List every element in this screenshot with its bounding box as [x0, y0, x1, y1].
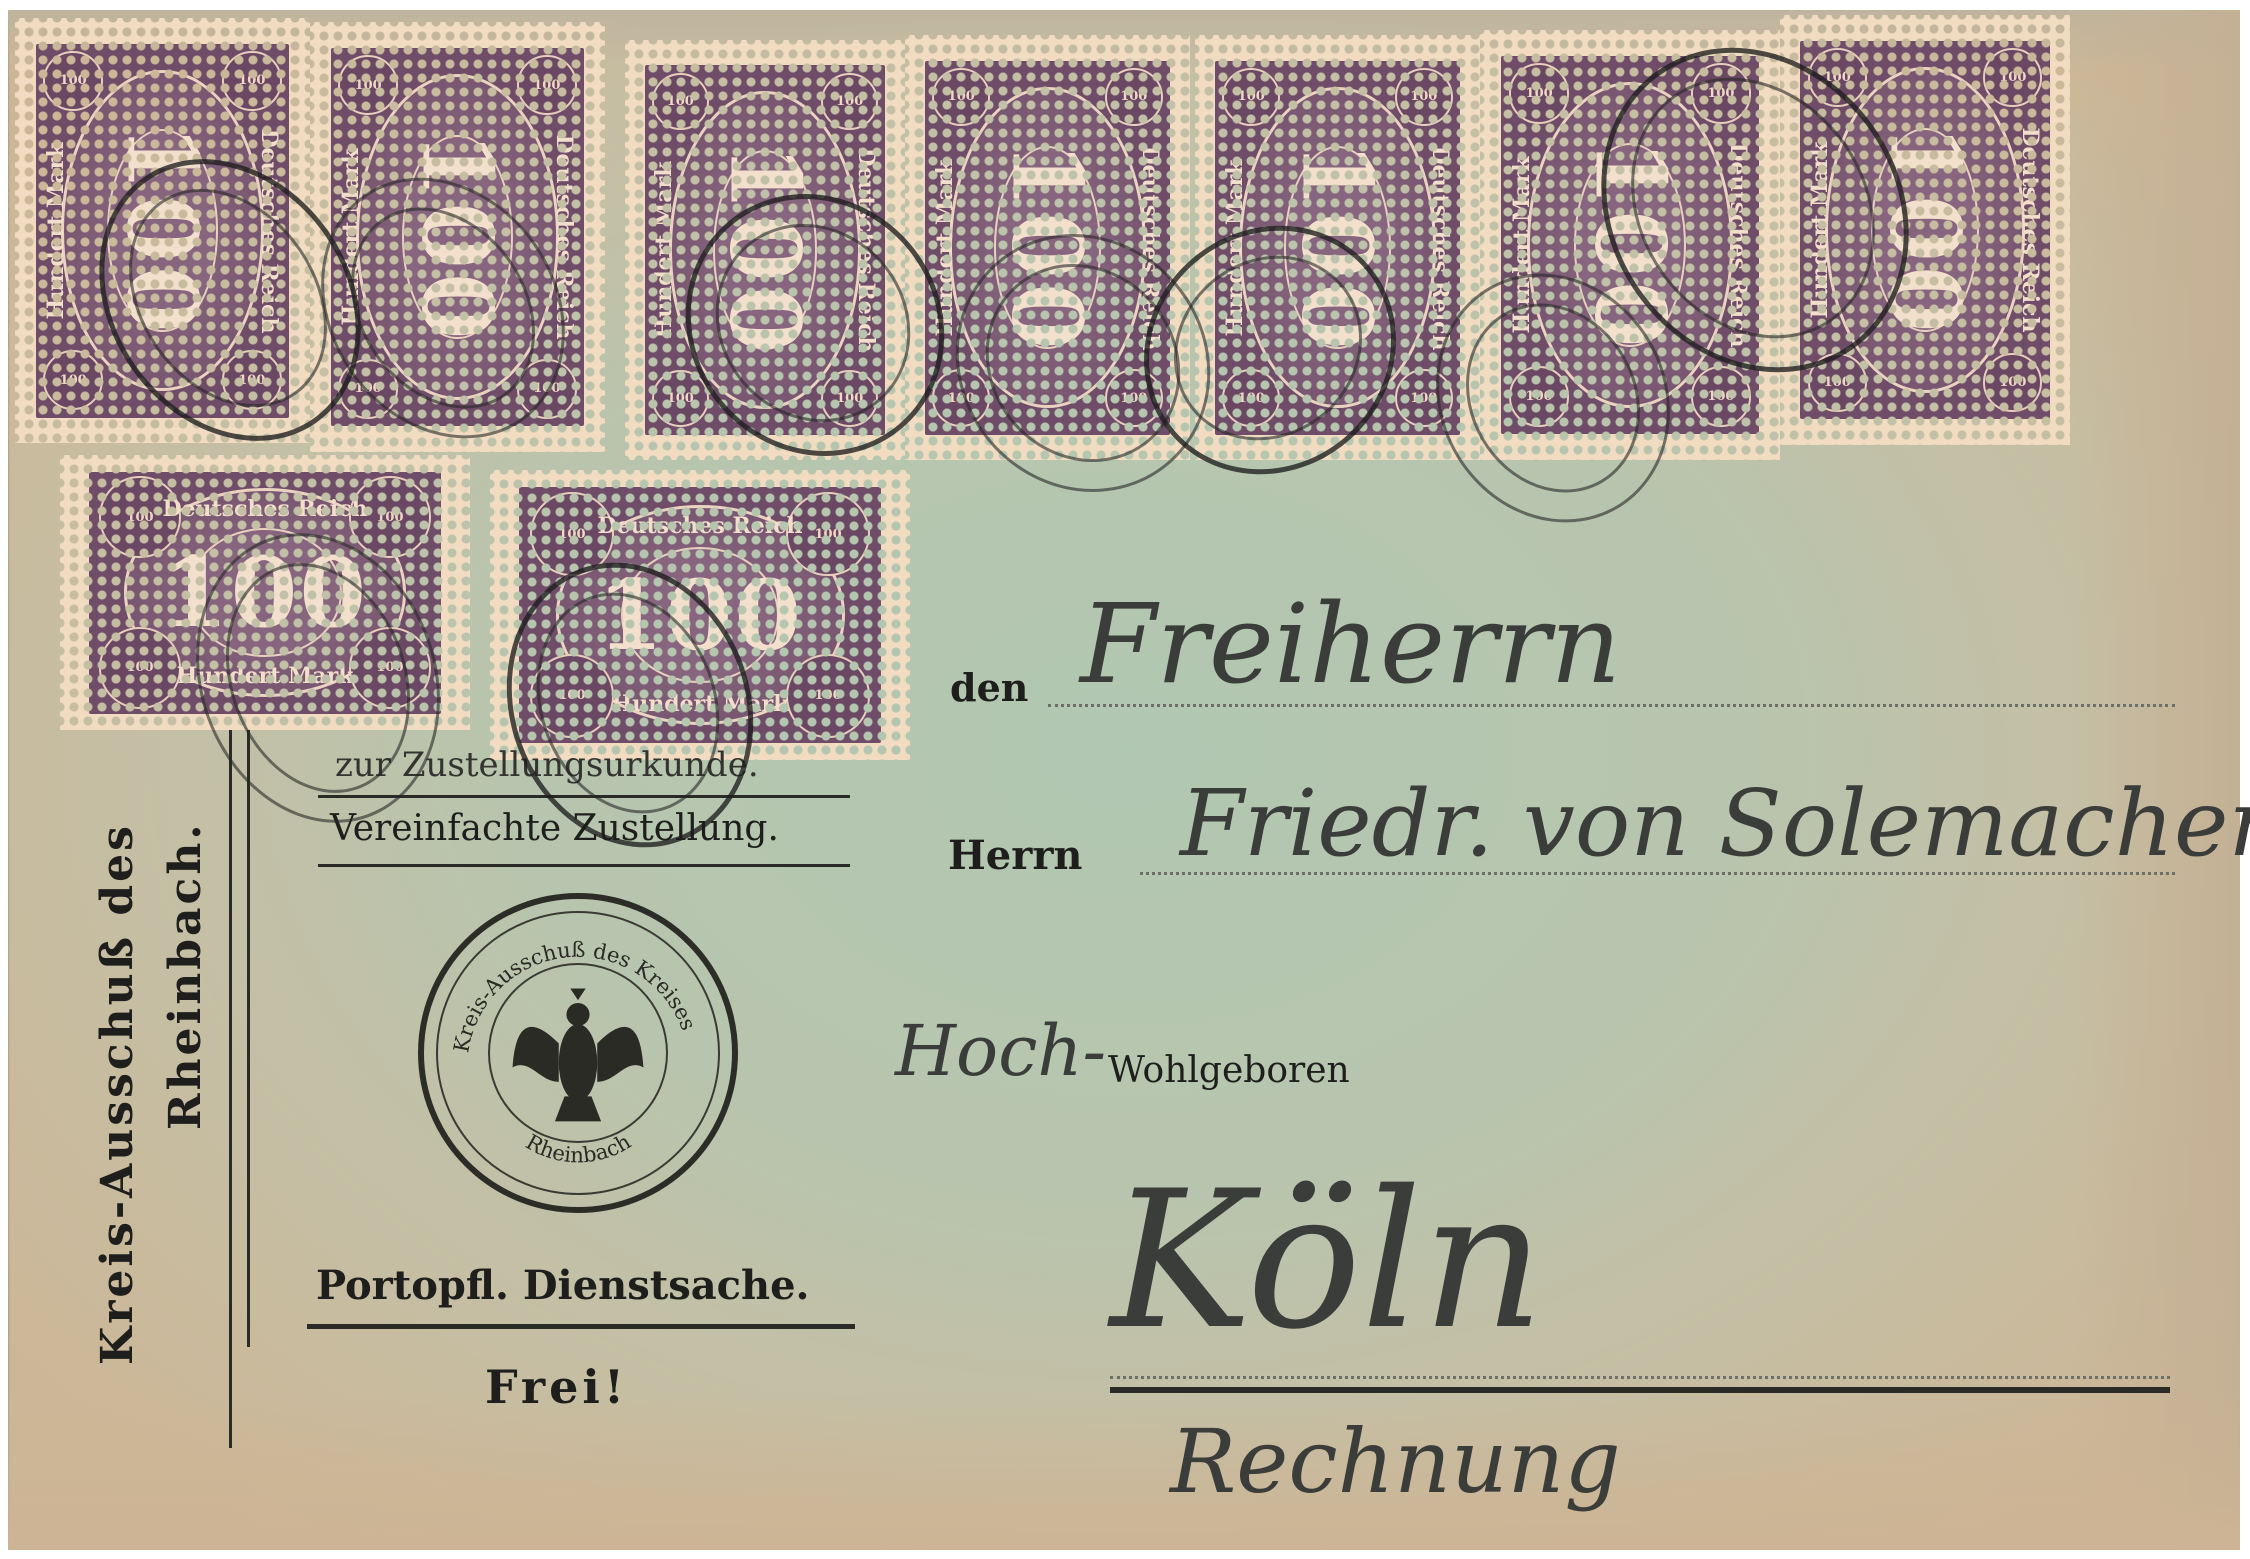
address-label-herrn: Herrn [948, 832, 1082, 879]
stamp-legend-country: Deutsches Reich [1427, 145, 1453, 350]
address-line-city [1110, 1376, 2170, 1379]
eagle-icon [513, 989, 644, 1122]
franking-rule [307, 1324, 855, 1329]
service-note-rule-2 [318, 864, 850, 867]
handwritten-recipient-name: Friedr. von Solemacher [1180, 770, 2250, 877]
stamp-legend-value: Hundert Mark [43, 142, 69, 319]
handwritten-title: Freiherrn [1080, 580, 1621, 708]
seal-text-ring: Kreis-Ausschuß des Kreises Rheinbach [424, 899, 732, 1207]
stamp-legend-country: Deutsches Reich [2017, 127, 2043, 332]
svg-text:Rheinbach: Rheinbach [522, 1128, 635, 1167]
sender-line-1: Kreis-Ausschuß des [92, 823, 143, 1365]
address-label-wohlgeboren: Wohlgeboren [1108, 1050, 1350, 1091]
address-label-den: den [950, 665, 1028, 710]
stamp-legend-value: Hundert Mark [651, 161, 677, 338]
address-city-rule [1110, 1387, 2170, 1393]
stamp-legend-country: Deutsches Reich [162, 496, 367, 522]
envelope-bottom-edge [8, 1390, 2240, 1550]
franking-official-matter: Portopfl. Dienstsache. [316, 1262, 809, 1309]
handwritten-city: Köln [1110, 1150, 1544, 1371]
handwritten-honorific-prefix: Hoch- [895, 1010, 1106, 1092]
vertical-rule-inner [247, 730, 250, 1347]
handwritten-note: Rechnung [1170, 1410, 1621, 1513]
sender-line-2: Rheinbach. [160, 821, 211, 1130]
vertical-rule-outer [229, 730, 232, 1448]
official-seal: Kreis-Ausschuß des Kreises Rheinbach [418, 893, 738, 1213]
stamp-legend-country: Deutsches Reich [597, 513, 802, 539]
franking-free: Frei! [485, 1360, 628, 1414]
